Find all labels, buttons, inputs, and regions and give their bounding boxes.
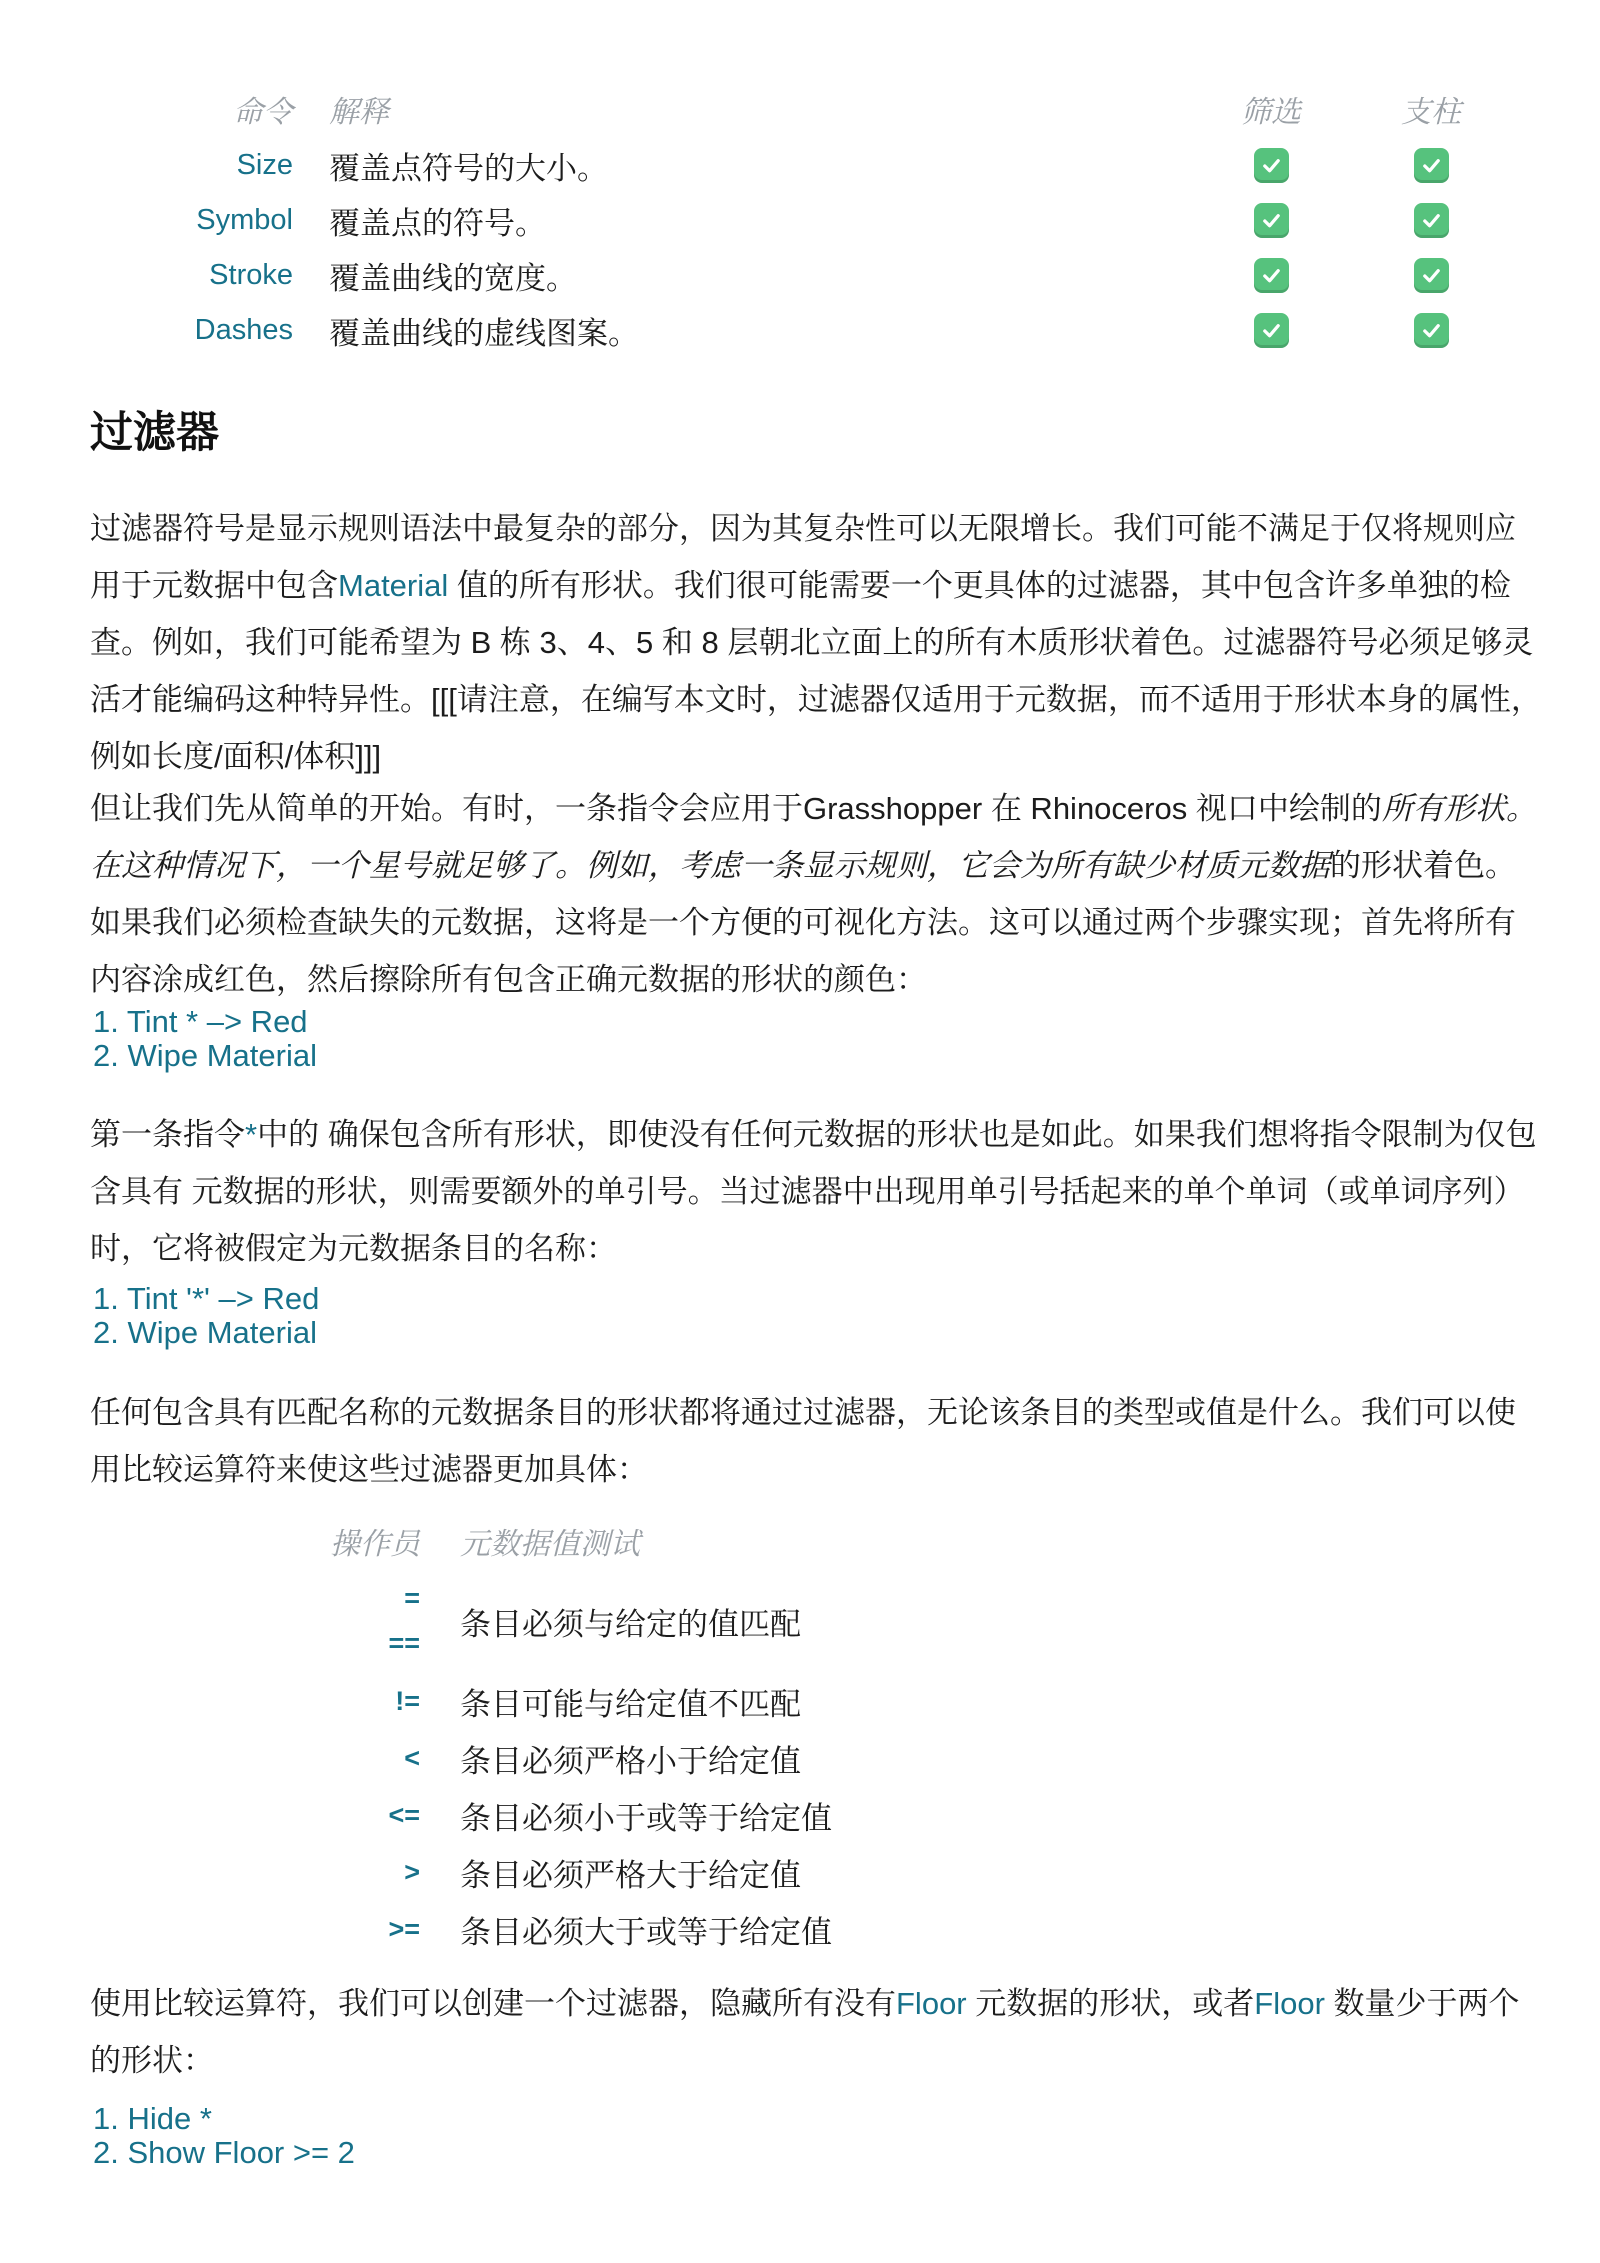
command-label: Dashes (90, 314, 293, 347)
operator-description: 条目可能与给定值不匹配 (460, 1679, 1290, 1724)
command-description: 覆盖点符号的大小。 (293, 143, 1191, 188)
col-header-command: 命令 (90, 87, 293, 131)
col-header-metadata-value-test: 元数据值测试 (460, 1519, 1290, 1563)
code-line: 1. Tint * –> Red (93, 1005, 317, 1039)
text-run: 但让我们先从简单的开始。有时，一条指令会应用于Grasshopper 在 Rhi… (90, 791, 1382, 826)
paragraph-comparison-operators: 任何包含具有匹配名称的元数据条目的形状都将通过过滤器，无论该条目的类型或值是什么… (90, 1384, 1542, 1498)
operator-symbol: != (90, 1679, 420, 1724)
code-line: 2. Wipe Material (93, 1316, 319, 1350)
paragraph-filters-intro: 过滤器符号是显示规则语法中最复杂的部分，因为其复杂性可以无限增长。我们可能不满足… (90, 500, 1542, 785)
command-description: 覆盖曲线的虚线图案。 (293, 308, 1191, 353)
checkmark-icon (1254, 203, 1289, 238)
checkmark-icon (1254, 258, 1289, 293)
col-header-filter: 筛选 (1191, 87, 1351, 131)
table-row-dashes: Dashes 覆盖曲线的虚线图案。 (90, 303, 1510, 358)
text-run: 第一条指令 (90, 1117, 245, 1152)
code-block-hide-show: 1. Hide * 2. Show Floor >= 2 (93, 2102, 355, 2170)
text-run: 任何包含具有匹配名称的元数据条目的形状都将通过过滤器，无论该条目的类型或值是什么… (90, 1395, 1516, 1487)
operator-symbol: > (90, 1850, 420, 1895)
inline-code-floor: Floor (896, 1986, 967, 2021)
operator-description: 条目必须大于或等于给定值 (460, 1907, 1290, 1952)
paragraph-floor-filter: 使用比较运算符，我们可以创建一个过滤器，隐藏所有没有Floor 元数据的形状，或… (90, 1975, 1542, 2089)
operator-symbol: = (90, 1576, 420, 1621)
operator-description: 条目必须与给定的值匹配 (460, 1599, 1290, 1644)
paragraph-asterisk-example: 但让我们先从简单的开始。有时，一条指令会应用于Grasshopper 在 Rhi… (90, 780, 1542, 1008)
checkmark-icon (1254, 148, 1289, 183)
commands-table-header-row: 命令 解释 筛选 支柱 (90, 80, 1510, 138)
operator-row-greater-equal: >= 条目必须大于或等于给定值 (90, 1901, 1290, 1958)
text-run: 使用比较运算符，我们可以创建一个过滤器，隐藏所有没有 (90, 1986, 896, 2021)
operator-description: 条目必须小于或等于给定值 (460, 1793, 1290, 1838)
operator-symbol: >= (90, 1907, 420, 1952)
code-line: 1. Hide * (93, 2102, 355, 2136)
documentation-page: { "colors": { "accent_teal": "#17718a", … (0, 0, 1600, 2263)
code-block-tint-quoted: 1. Tint '*' –> Red 2. Wipe Material (93, 1282, 319, 1350)
operator-symbol: == (90, 1621, 420, 1666)
checkmark-icon (1414, 313, 1449, 348)
command-label: Stroke (90, 259, 293, 292)
command-description: 覆盖曲线的宽度。 (293, 253, 1191, 298)
operator-symbol: <= (90, 1793, 420, 1838)
code-line: 2. Wipe Material (93, 1039, 317, 1073)
table-row-size: Size 覆盖点符号的大小。 (90, 138, 1510, 193)
col-header-explanation: 解释 (293, 87, 1191, 131)
col-header-operator: 操作员 (90, 1519, 420, 1563)
inline-code-material: Material (338, 568, 448, 603)
operator-description: 条目必须严格小于给定值 (460, 1736, 1290, 1781)
inline-code-asterisk: * (245, 1117, 257, 1152)
command-label: Symbol (90, 204, 293, 237)
checkmark-icon (1414, 203, 1449, 238)
operator-description: 条目必须严格大于给定值 (460, 1850, 1290, 1895)
operators-table: 操作员 元数据值测试 = == 条目必须与给定的值匹配 != 条目可能与给定值不… (90, 1512, 1290, 1958)
col-header-pillar: 支柱 (1351, 87, 1511, 131)
checkmark-icon (1414, 148, 1449, 183)
operator-row-less-equal: <= 条目必须小于或等于给定值 (90, 1787, 1290, 1844)
operator-row-not-equals: != 条目可能与给定值不匹配 (90, 1673, 1290, 1730)
paragraph-single-quotes: 第一条指令*中的 确保包含所有形状，即使没有任何元数据的形状也是如此。如果我们想… (90, 1106, 1542, 1277)
operator-row-less-than: < 条目必须严格小于给定值 (90, 1730, 1290, 1787)
table-row-stroke: Stroke 覆盖曲线的宽度。 (90, 248, 1510, 303)
commands-table: 命令 解释 筛选 支柱 Size 覆盖点符号的大小。 Symbol 覆盖点的符号… (90, 80, 1510, 358)
command-label: Size (90, 149, 293, 182)
code-block-tint-all: 1. Tint * –> Red 2. Wipe Material (93, 1005, 317, 1073)
inline-code-floor: Floor (1254, 1986, 1325, 2021)
table-row-symbol: Symbol 覆盖点的符号。 (90, 193, 1510, 248)
code-line: 1. Tint '*' –> Red (93, 1282, 319, 1316)
command-description: 覆盖点的符号。 (293, 198, 1191, 243)
operator-symbol: < (90, 1736, 420, 1781)
operators-table-header-row: 操作员 元数据值测试 (90, 1512, 1290, 1569)
text-run: 元数据的形状，或者 (967, 1986, 1255, 2021)
operator-row-equals: = == 条目必须与给定的值匹配 (90, 1569, 1290, 1673)
section-title: 过滤器 (90, 403, 219, 463)
text-run: 中的 确保包含所有形状，即使没有任何元数据的形状也是如此。如果我们想将指令限制为… (90, 1117, 1537, 1266)
checkmark-icon (1254, 313, 1289, 348)
operator-row-greater-than: > 条目必须严格大于给定值 (90, 1844, 1290, 1901)
checkmark-icon (1414, 258, 1449, 293)
code-line: 2. Show Floor >= 2 (93, 2136, 355, 2170)
